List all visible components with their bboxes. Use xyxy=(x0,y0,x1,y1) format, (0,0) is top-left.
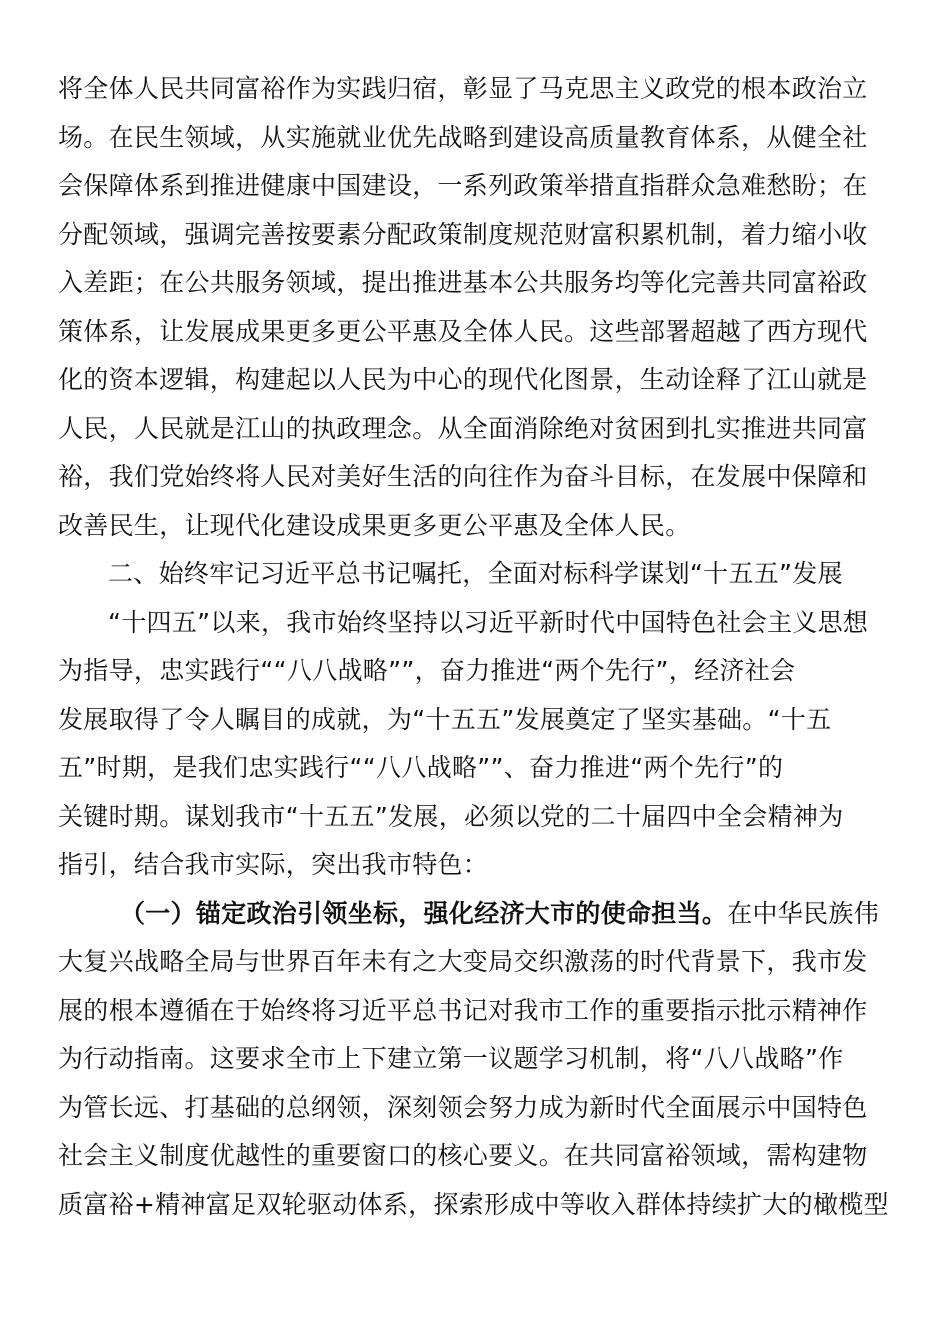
text-line: 裕，我们党始终将人民对美好生活的向往作为奋斗目标，在发展中保障和 xyxy=(58,453,888,502)
text-line: 人民，人民就是江山的执政理念。从全面消除绝对贫困到扎实推进共同富 xyxy=(58,405,888,454)
paragraph-common-prosperity: 将全体人民共同富裕作为实践归宿，彰显了马克思主义政党的根本政治立 场。在民生领域… xyxy=(58,65,888,550)
text-line: 分配领域，强调完善按要素分配政策制度规范财富积累机制，着力缩小收 xyxy=(58,211,888,260)
text-line: 五”时期，是我们忠实践行““八八战略””、奋力推进“两个先行”的 xyxy=(58,744,888,793)
text-line: 为行动指南。这要求全市上下建立第一议题学习机制，将“八八战略”作 xyxy=(58,1035,888,1084)
text-line: 质富裕+精神富足双轮驱动体系，探索形成中等收入群体持续扩大的橄榄型 xyxy=(58,1181,888,1230)
text-line: 改善民生，让现代化建设成果更多更公平惠及全体人民。 xyxy=(58,502,888,551)
text-line: 为指导，忠实践行““八八战略””，奋力推进“两个先行”，经济社会 xyxy=(58,647,888,696)
subsection-bold-lead: （一）锚定政治引领坐标，强化经济大市的使命担当。 xyxy=(120,899,727,928)
subsection-first-line: （一）锚定政治引领坐标，强化经济大市的使命担当。在中华民族伟 xyxy=(58,890,888,939)
subsection-one: （一）锚定政治引领坐标，强化经济大市的使命担当。在中华民族伟 大复兴战略全局与世… xyxy=(58,890,888,1230)
text-line: 大复兴战略全局与世界百年未有之大变局交织激荡的时代背景下，我市发 xyxy=(58,938,888,987)
section-heading-two: 二、始终牢记习近平总书记嘱托，全面对标科学谋划“十五五”发展 xyxy=(58,550,888,599)
text-line: 发展取得了令人瞩目的成就，为“十五五”发展奠定了坚实基础。“十五 xyxy=(58,696,888,745)
text-line: 社会主义制度优越性的重要窗口的核心要义。在共同富裕领域，需构建物 xyxy=(58,1132,888,1181)
text-line: 策体系，让发展成果更多更公平惠及全体人民。这些部署超越了西方现代 xyxy=(58,308,888,357)
text-line: 会保障体系到推进健康中国建设，一系列政策举措直指群众急难愁盼；在 xyxy=(58,162,888,211)
text-line: 指引，结合我市实际，突出我市特色： xyxy=(58,841,888,890)
text-line: “十四五”以来，我市始终坚持以习近平新时代中国特色社会主义思想 xyxy=(58,599,888,648)
text-line: 化的资本逻辑，构建起以人民为中心的现代化图景，生动诠释了江山就是 xyxy=(58,356,888,405)
text-line: 为管长远、打基础的总纲领，深刻领会努力成为新时代全面展示中国特色 xyxy=(58,1084,888,1133)
text-line: 关键时期。谋划我市“十五五”发展，必须以党的二十届四中全会精神为 xyxy=(58,793,888,842)
text-line: 展的根本遵循在于始终将习近平总书记对我市工作的重要指示批示精神作 xyxy=(58,987,888,1036)
text-line: 场。在民生领域，从实施就业优先战略到建设高质量教育体系，从健全社 xyxy=(58,114,888,163)
text-line: 入差距；在公共服务领域，提出推进基本公共服务均等化完善共同富裕政 xyxy=(58,259,888,308)
paragraph-fourteenth-five: “十四五”以来，我市始终坚持以习近平新时代中国特色社会主义思想 为指导，忠实践行… xyxy=(58,599,888,890)
text-line: 将全体人民共同富裕作为实践归宿，彰显了马克思主义政党的根本政治立 xyxy=(58,65,888,114)
document-page: 将全体人民共同富裕作为实践归宿，彰显了马克思主义政党的根本政治立 场。在民生领域… xyxy=(58,65,888,1229)
subsection-lead-rest: 在中华民族伟 xyxy=(727,899,879,928)
section-heading-text: 二、始终牢记习近平总书记嘱托，全面对标科学谋划“十五五”发展 xyxy=(58,550,888,599)
